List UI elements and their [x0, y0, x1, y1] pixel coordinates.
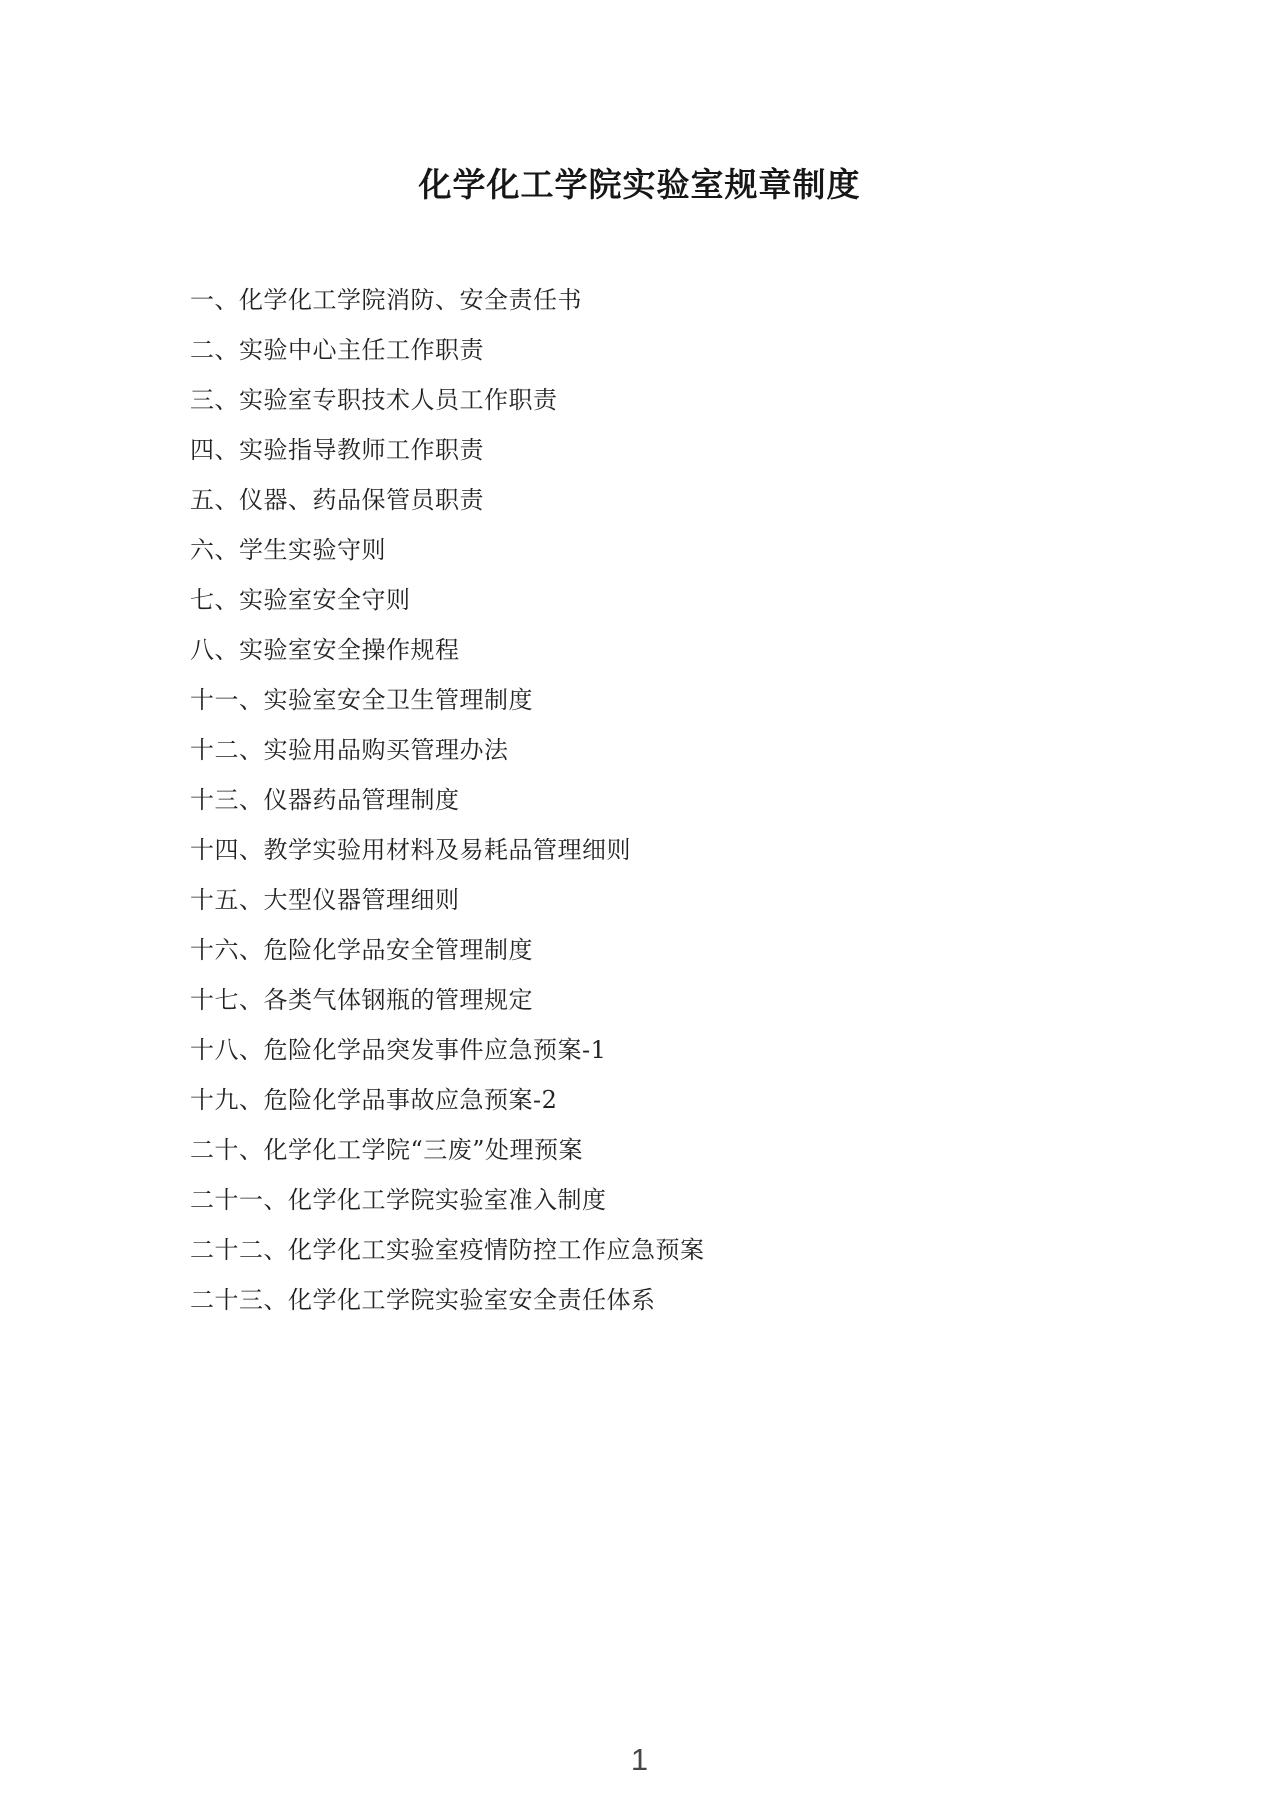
toc-item: 二、实验中心主任工作职责: [190, 325, 705, 375]
toc-item: 一、化学化工学院消防、安全责任书: [190, 275, 705, 325]
toc-item: 十三、仪器药品管理制度: [190, 775, 705, 825]
toc-item: 十二、实验用品购买管理办法: [190, 725, 705, 775]
toc-list: 一、化学化工学院消防、安全责任书 二、实验中心主任工作职责 三、实验室专职技术人…: [190, 275, 705, 1325]
toc-item: 十六、危险化学品安全管理制度: [190, 925, 705, 975]
toc-item: 二十一、化学化工学院实验室准入制度: [190, 1175, 705, 1225]
toc-item: 十七、各类气体钢瓶的管理规定: [190, 975, 705, 1025]
toc-item: 七、实验室安全守则: [190, 575, 705, 625]
toc-item: 十九、危险化学品事故应急预案-2: [190, 1075, 705, 1125]
page-number: 1: [0, 1742, 1279, 1778]
toc-item: 六、学生实验守则: [190, 525, 705, 575]
document-title: 化学化工学院实验室规章制度: [0, 163, 1279, 207]
document-page: 化学化工学院实验室规章制度 一、化学化工学院消防、安全责任书 二、实验中心主任工…: [0, 0, 1279, 1809]
toc-item: 十一、实验室安全卫生管理制度: [190, 675, 705, 725]
toc-item: 十四、教学实验用材料及易耗品管理细则: [190, 825, 705, 875]
toc-item: 八、实验室安全操作规程: [190, 625, 705, 675]
toc-item: 二十二、化学化工实验室疫情防控工作应急预案: [190, 1225, 705, 1275]
toc-item: 十八、危险化学品突发事件应急预案-1: [190, 1025, 705, 1075]
toc-item: 十五、大型仪器管理细则: [190, 875, 705, 925]
toc-item: 二十三、化学化工学院实验室安全责任体系: [190, 1275, 705, 1325]
toc-item: 三、实验室专职技术人员工作职责: [190, 375, 705, 425]
toc-item: 四、实验指导教师工作职责: [190, 425, 705, 475]
toc-item: 五、仪器、药品保管员职责: [190, 475, 705, 525]
toc-item: 二十、化学化工学院“三废”处理预案: [190, 1125, 705, 1175]
